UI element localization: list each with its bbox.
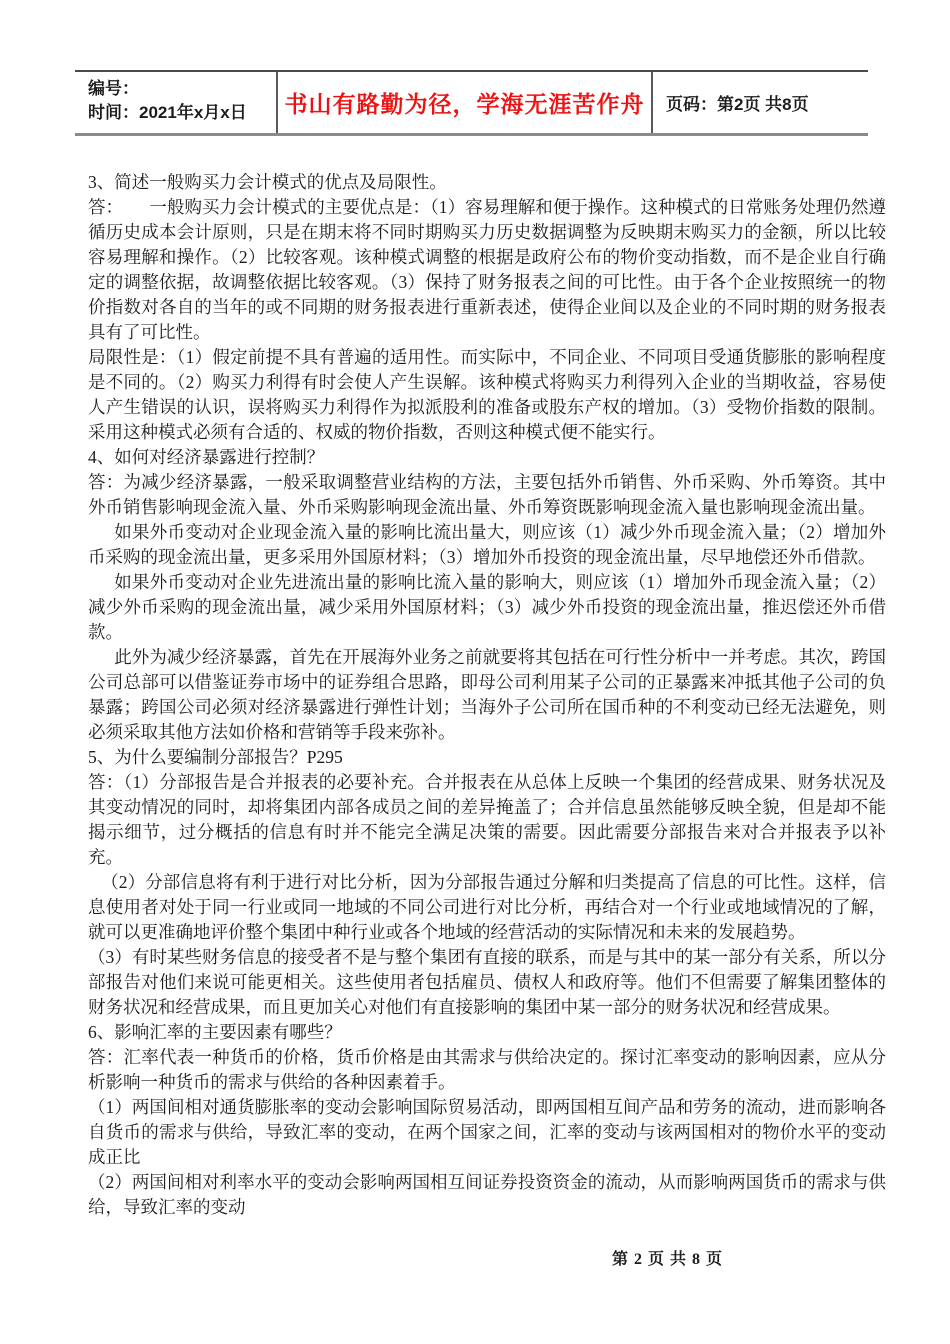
paragraph: 答：（1）分部报告是合并报表的必要补充。合并报表在从总体上反映一个集团的经营成果… [88, 770, 886, 870]
page-footer: 第 2 页 共 8 页 [0, 1246, 723, 1269]
paragraph: 局限性是：（1）假定前提不具有普遍的适用性。而实际中，不同企业、不同项目受通货膨… [88, 345, 886, 445]
document-body: 3、简述一般购买力会计模式的优点及局限性。答： 一般购买力会计模式的主要优点是：… [88, 170, 886, 1220]
paragraph: 5、为什么要编制分部报告？P295 [88, 745, 886, 770]
paragraph: （2）两国间相对利率水平的变动会影响两国相互间证券投资资金的流动，从而影响两国货… [88, 1170, 886, 1220]
document-page: { "header": { "number_label": "编号：", "ti… [0, 0, 950, 1344]
paragraph: 答：为减少经济暴露，一般采取调整营业结构的方法，主要包括外币销售、外币采购、外币… [88, 470, 886, 520]
document-number-label: 编号： [88, 77, 276, 101]
paragraph: 答：汇率代表一种货币的价格，货币价格是由其需求与供给决定的。探讨汇率变动的影响因… [88, 1045, 886, 1095]
header-table: 编号： 时间：2021年x月x日 书山有路勤为径，学海无涯苦作舟 页码：第2页 … [75, 70, 868, 136]
footer-page-number: 第 2 页 共 8 页 [612, 1251, 723, 1268]
paragraph: 4、如何对经济暴露进行控制？ [88, 445, 886, 470]
document-time-label: 时间：2021年x月x日 [88, 101, 276, 125]
paragraph: 3、简述一般购买力会计模式的优点及局限性。 [88, 170, 886, 195]
paragraph: （1）两国间相对通货膨胀率的变动会影响国际贸易活动，即两国相互间产品和劳务的流动… [88, 1095, 886, 1170]
paragraph: （3）有时某些财务信息的接受者不是与整个集团有直接的联系，而是与其中的某一部分有… [88, 945, 886, 1020]
paragraph: 6、影响汇率的主要因素有哪些？ [88, 1020, 886, 1045]
paragraph: 答： 一般购买力会计模式的主要优点是：（1）容易理解和便于操作。这种模式的日常账… [88, 195, 886, 345]
paragraph: （2）分部信息将有利于进行对比分析，因为分部报告通过分解和归类提高了信息的可比性… [88, 870, 886, 945]
header-page-label: 页码：第2页 共8页 [666, 90, 809, 115]
paragraph: 如果外币变动对企业先进流出量的影响比流入量的影响大，则应该（1）增加外币现金流入… [88, 570, 886, 645]
paragraph: 如果外币变动对企业现金流入量的影响比流出量大，则应该（1）减少外币现金流入量；（… [88, 520, 886, 570]
header-slogan-text: 书山有路勤为径，学海无涯苦作舟 [285, 86, 645, 119]
header-page-cell: 页码：第2页 共8页 [653, 72, 868, 133]
header-slogan-cell: 书山有路勤为径，学海无涯苦作舟 [278, 72, 653, 133]
header-meta-cell: 编号： 时间：2021年x月x日 [75, 72, 278, 133]
paragraph: 此外为减少经济暴露，首先在开展海外业务之前就要将其包括在可行性分析中一并考虑。其… [88, 645, 886, 745]
